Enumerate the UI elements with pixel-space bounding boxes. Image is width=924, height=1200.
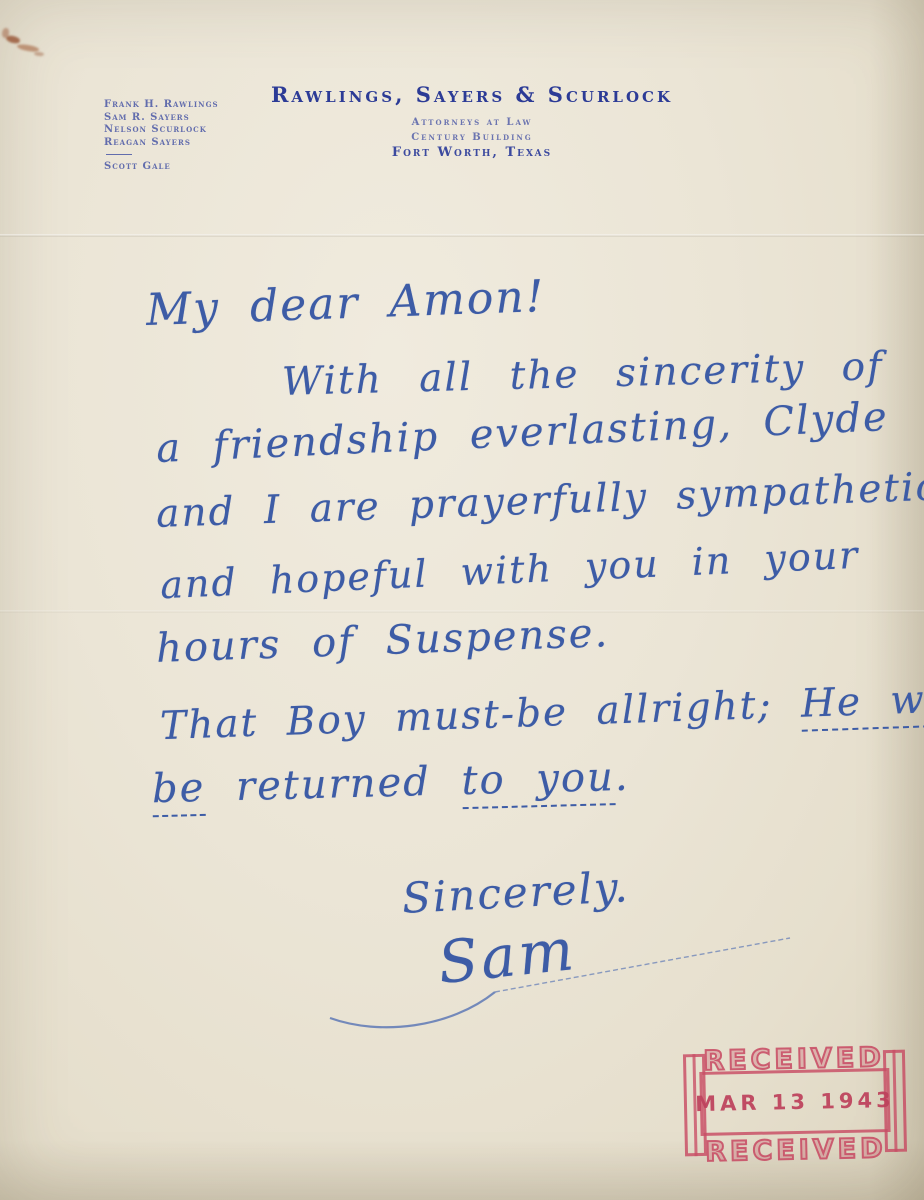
fold-crease <box>0 610 924 613</box>
stamp-word-top: RECEIVED <box>683 1042 906 1078</box>
closing: Sincerely. <box>401 862 631 923</box>
handwritten-text: hours of Suspense. <box>155 610 610 672</box>
letterhead-associate: Scott Gale <box>104 161 219 174</box>
handwritten-text: and I are prayerfully sympathetic- <box>155 464 924 537</box>
fold-crease <box>0 234 924 237</box>
letterhead-address-line: Attorneys at Law <box>20 115 924 130</box>
handwritten-line: With all the sincerity of <box>282 344 885 405</box>
underlined-text: be <box>151 765 206 817</box>
letterhead-address: Attorneys at LawCentury BuildingFort Wor… <box>0 115 924 160</box>
handwritten-text: and hopeful with you in your <box>159 533 860 607</box>
handwritten-text: . <box>614 754 630 800</box>
handwritten-line: a friendship everlasting, Clyde <box>155 394 889 472</box>
handwritten-line: be returned to you. <box>151 754 630 812</box>
handwritten-line: hours of Suspense. <box>155 610 610 672</box>
signature: Sam <box>435 915 580 997</box>
handwritten-text: a friendship everlasting, Clyde <box>155 394 889 472</box>
letterhead: Rawlings, Sayers & Scurlock Attorneys at… <box>0 82 924 160</box>
letterhead-address-line: Fort Worth, Texas <box>20 145 924 160</box>
handwritten-text: That Boy must-be allright; <box>159 682 801 749</box>
paper-stain <box>34 51 44 56</box>
received-stamp: RECEIVED MAR 13 1943 RECEIVED <box>683 1046 907 1163</box>
firm-name: Rawlings, Sayers & Scurlock <box>20 82 924 107</box>
stamp-word-bottom: RECEIVED <box>685 1133 908 1169</box>
handwritten-text: returned <box>205 758 462 811</box>
underlined-text: He will <box>800 676 924 732</box>
stamp-date: MAR 13 1943 <box>684 1088 906 1117</box>
salutation: My dear Amon! <box>145 271 546 336</box>
handwritten-line: and I are prayerfully sympathetic- <box>155 464 924 537</box>
handwritten-text: With all the sincerity of <box>282 344 885 405</box>
handwritten-line: That Boy must-be allright; He will <box>159 676 924 749</box>
underlined-text: to you <box>461 754 616 809</box>
letter-page: Frank H. RawlingsSam R. SayersNelson Scu… <box>0 0 924 1200</box>
letterhead-address-line: Century Building <box>20 130 924 145</box>
handwritten-line: and hopeful with you in your <box>159 533 860 607</box>
